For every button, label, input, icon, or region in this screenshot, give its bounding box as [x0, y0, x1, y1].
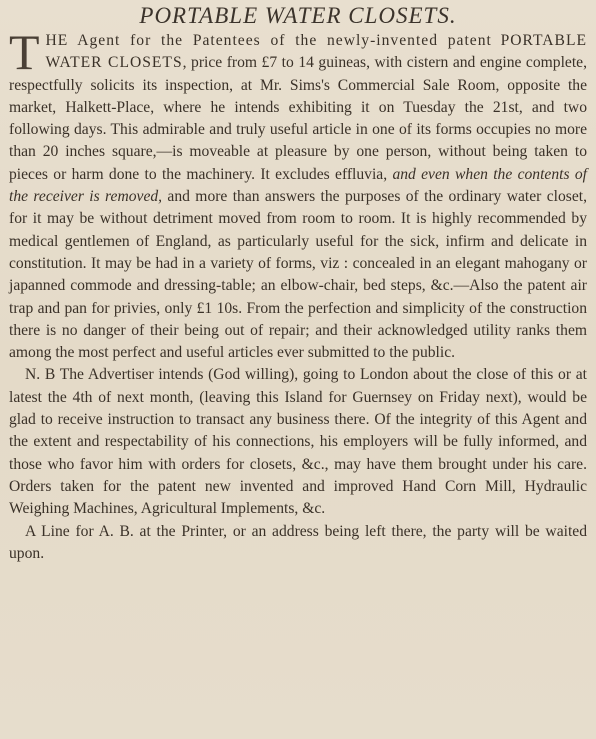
advert-title: PORTABLE WATER CLOSETS.	[9, 2, 587, 30]
advert-paragraph-contact: A Line for A. B. at the Printer, or an a…	[9, 521, 587, 566]
body-text-2: and more than answers the purposes of th…	[9, 188, 587, 361]
newspaper-clipping: PORTABLE WATER CLOSETS. THE Agent for th…	[0, 0, 596, 739]
drop-cap: T	[9, 32, 40, 72]
advert-paragraph-nb: N. B The Advertiser intends (God willing…	[9, 364, 587, 520]
advert-paragraph-main: THE Agent for the Patentees of the newly…	[9, 30, 587, 364]
body-text-1: , price from £7 to 14 guineas, with cist…	[9, 54, 587, 182]
lead-text: HE Agent for the Patentees of the newly-…	[46, 32, 492, 49]
